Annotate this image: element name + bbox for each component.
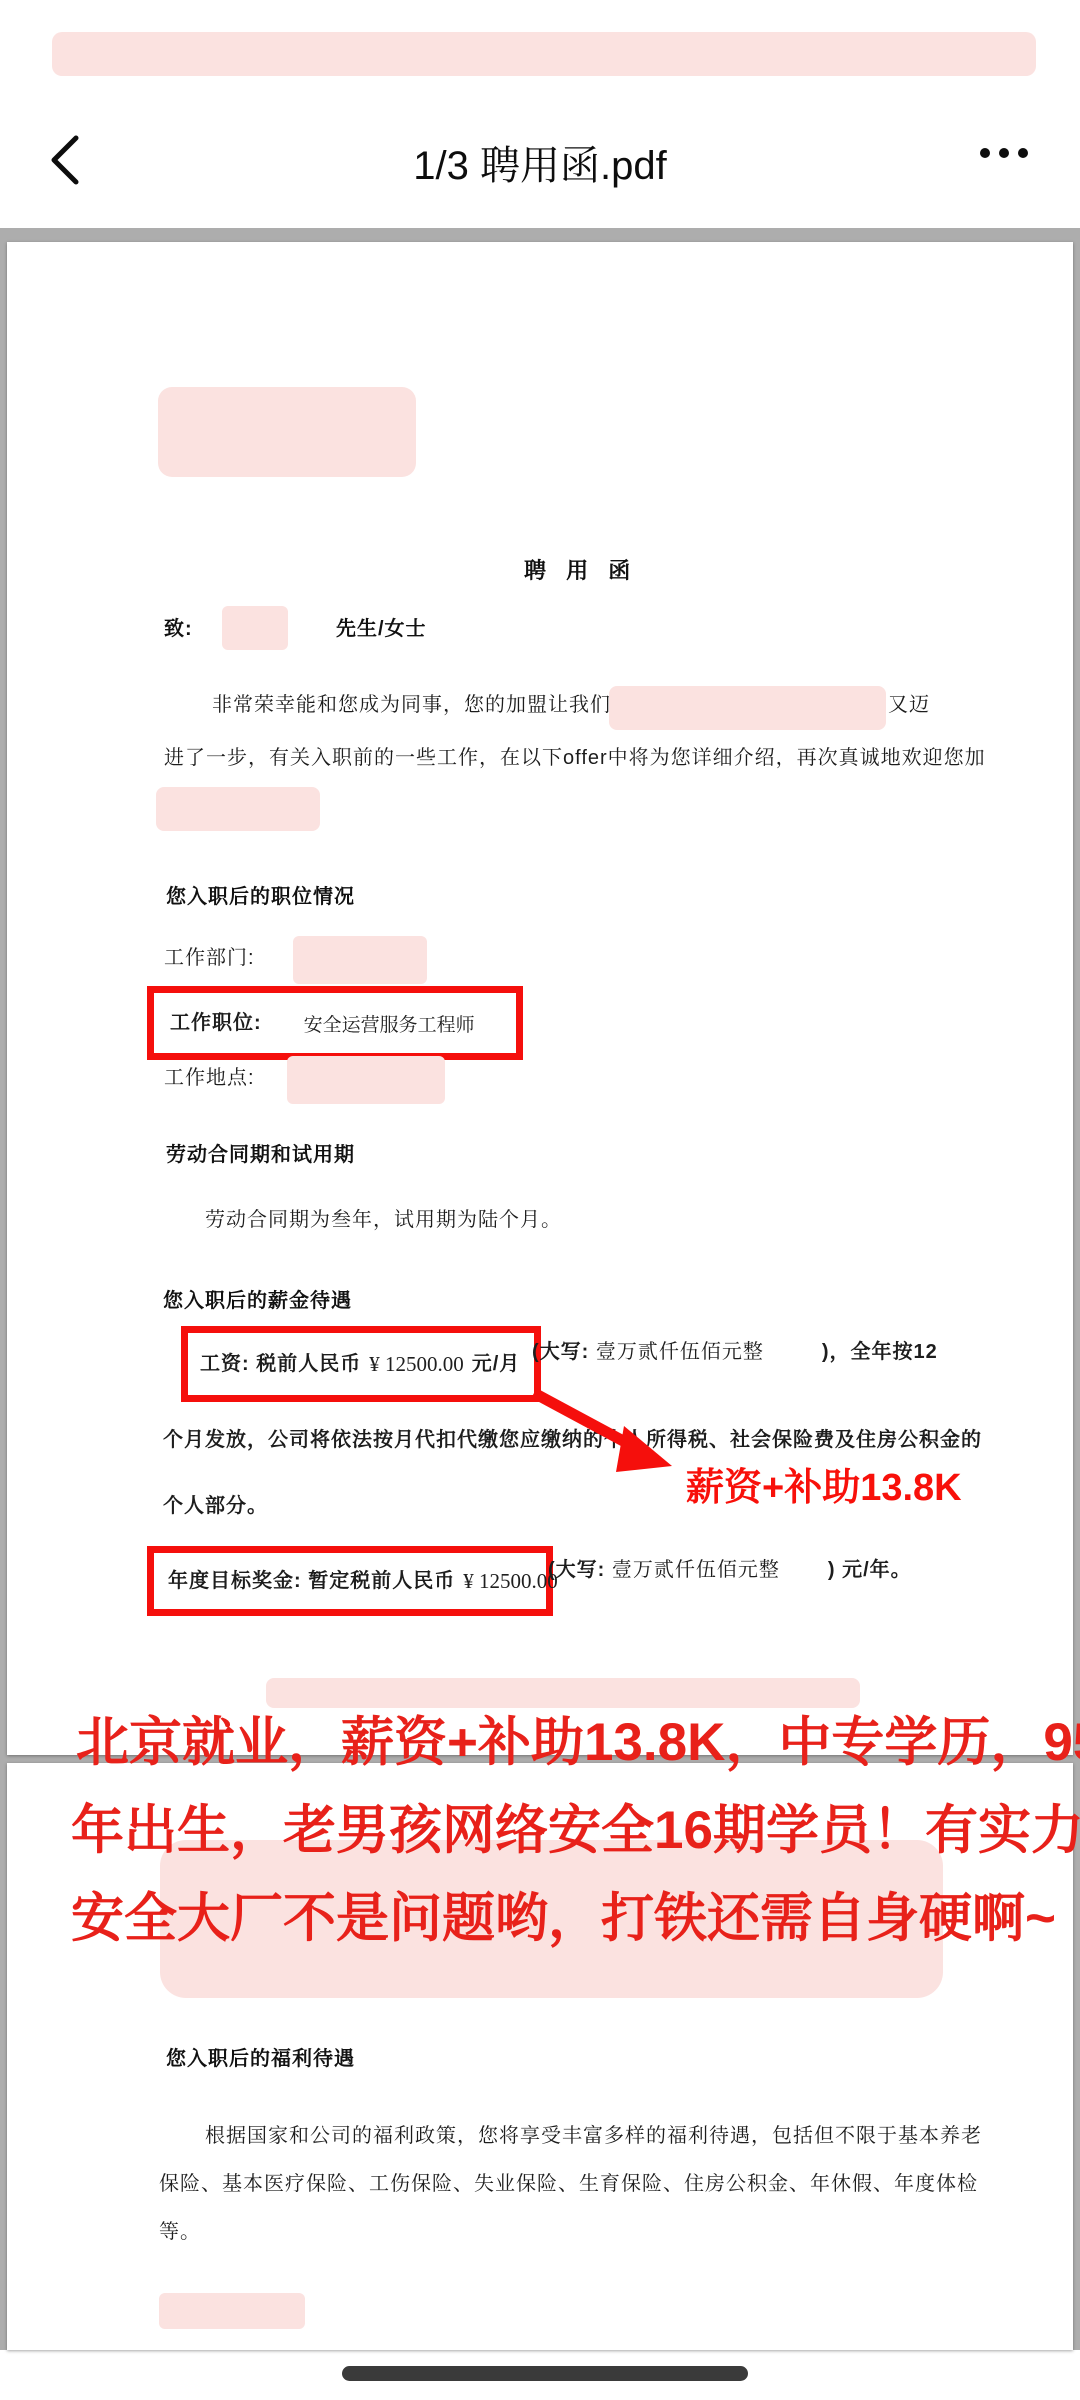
- ellipsis-icon: [980, 144, 1037, 161]
- welfare-line1: 根据国家和公司的福利政策，您将享受丰富多样的福利待遇，包括但不限于基本养老: [205, 2126, 982, 2146]
- bonus-highlight-box: 年度目标奖金: 暂定税前人民币 ¥ 12500.00: [147, 1546, 553, 1616]
- position-value: 安全运营服务工程师: [304, 1010, 475, 1037]
- redaction-block-company: [609, 686, 886, 730]
- salary-callout-text: 薪资+补助13.8K: [686, 1456, 962, 1511]
- salary-daxie-line: (大写: 壹万贰仟伍佰元整)，全年按12: [532, 1342, 938, 1362]
- contract-line: 劳动合同期为叁年，试用期为陆个月。: [205, 1210, 562, 1230]
- redaction-block-dept: [293, 936, 427, 984]
- phone-screen: 1/3 聘用函.pdf 聘 用 函 致: 先生/女士 非常荣幸能和您成为同事，您…: [0, 0, 1080, 2400]
- intro-line2: 进了一步，有关入职前的一些工作，在以下offer中将为您详细介绍，再次真诚地欢迎…: [164, 748, 986, 768]
- pdf-viewer-scroll-area[interactable]: [0, 228, 1080, 2350]
- position-label: 工作职位:: [170, 1013, 262, 1033]
- pdf-viewer-header: 1/3 聘用函.pdf: [0, 126, 1080, 198]
- section-contract-heading: 劳动合同期和试用期: [166, 1138, 355, 1167]
- banner-line3: 安全大厂不是问题哟，打铁还需自身硬啊~: [71, 1876, 1056, 1952]
- section-position-heading: 您入职后的职位情况: [166, 880, 355, 909]
- bonus-daxie-close: ) 元/年。: [828, 1559, 912, 1581]
- salary-personal-line: 个人部分。: [163, 1496, 268, 1516]
- redaction-block-name: [222, 606, 288, 650]
- to-suffix: 先生/女士: [336, 612, 427, 641]
- dept-label: 工作部门:: [164, 948, 255, 968]
- section-salary-heading: 您入职后的薪金待遇: [163, 1284, 352, 1313]
- banner-line1: 北京就业，薪资+补助13.8K，中专学历，95: [76, 1700, 1080, 1776]
- bonus-daxie-value: 壹万贰仟伍佰元整: [612, 1559, 780, 1581]
- salary-daxie-value: 壹万贰仟伍佰元整: [596, 1341, 764, 1363]
- section-welfare-heading: 您入职后的福利待遇: [166, 2042, 355, 2071]
- salary-daxie-close: )，全年按12: [822, 1341, 938, 1363]
- salary-daxie-open: (大写:: [532, 1341, 589, 1363]
- position-highlight-box: 工作职位: 安全运营服务工程师: [147, 986, 523, 1060]
- salary-annotation-arrow: [520, 1388, 690, 1480]
- welfare-line3: 等。: [159, 2222, 201, 2242]
- redaction-block-location: [287, 1056, 445, 1104]
- location-label: 工作地点:: [164, 1068, 255, 1088]
- redaction-block-footer: [159, 2293, 305, 2329]
- salary-highlight-box: 工资: 税前人民币 ¥ 12500.00 元/月: [181, 1326, 541, 1402]
- page-title: 1/3 聘用函.pdf: [0, 134, 1080, 191]
- redaction-block-intro-end: [156, 787, 320, 831]
- banner-line2: 年出生，老男孩网络安全16期学员！有实力进: [71, 1788, 1080, 1864]
- bonus-daxie-line: (大写: 壹万贰仟伍佰元整) 元/年。: [548, 1560, 912, 1580]
- bonus-daxie-open: (大写:: [548, 1559, 605, 1581]
- intro-line1-tail: 又迈: [888, 695, 930, 715]
- salary-unit: 元/月: [472, 1354, 521, 1374]
- document-title: 聘 用 函: [524, 554, 637, 585]
- intro-line1: 非常荣幸能和您成为同事，您的加盟让我们向: [212, 695, 632, 715]
- bonus-amount: ¥ 12500.00: [463, 1569, 558, 1594]
- bonus-label: 年度目标奖金: 暂定税前人民币: [168, 1571, 455, 1591]
- welfare-line2: 保险、基本医疗保险、工伤保险、失业保险、生育保险、住房公积金、年休假、年度体检: [159, 2174, 978, 2194]
- redaction-block-letterhead: [158, 387, 416, 477]
- salary-amount: ¥ 12500.00: [369, 1352, 464, 1377]
- salary-label: 工资: 税前人民币: [200, 1354, 361, 1374]
- redaction-block-statusbar: [52, 32, 1036, 76]
- more-options-button[interactable]: [980, 144, 1050, 180]
- to-label: 致:: [164, 612, 193, 641]
- home-indicator-bar[interactable]: [342, 2366, 748, 2381]
